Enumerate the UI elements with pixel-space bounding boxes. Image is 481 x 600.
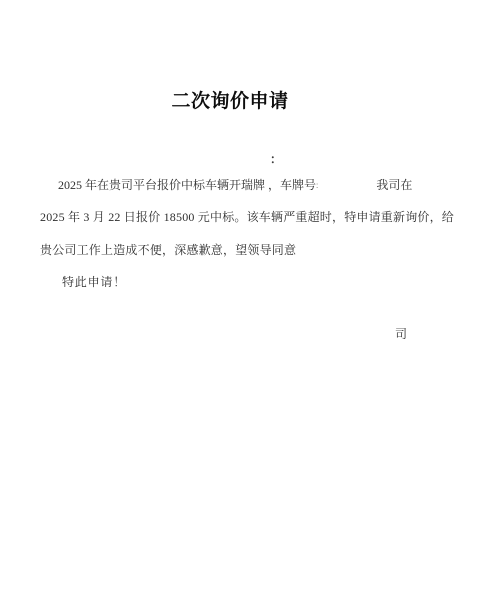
document-title: 二次询价申请 [171, 86, 288, 113]
closing-text: 特此申请！ [62, 275, 126, 289]
recipient-colon: ： [270, 151, 282, 167]
document-page: 二次询价申请 ： 2025 年在贵司平台报价中标车辆开瑞牌 ，车牌号∶我司在 2… [0, 0, 481, 600]
signature-visible-text: 司 [395, 326, 407, 342]
paragraph-line-1-tail: 我司在 [376, 178, 412, 192]
closing-line: 特此申请！ [40, 274, 126, 290]
paragraph-line-2: 2025 年 3 月 22 日报价 18500 元中标。该车辆严重超时，特申请重… [40, 209, 454, 225]
redacted-plate-remnant: ∶ [316, 181, 318, 191]
paragraph-line-1-text: 2025 年在贵司平台报价中标车辆开瑞牌 ，车牌号 [58, 178, 316, 192]
paragraph-line-3: 贵公司工作上造成不便，深感歉意，望领导同意 [40, 242, 296, 258]
paragraph-line-1: 2025 年在贵司平台报价中标车辆开瑞牌 ，车牌号∶我司在 [40, 177, 412, 193]
